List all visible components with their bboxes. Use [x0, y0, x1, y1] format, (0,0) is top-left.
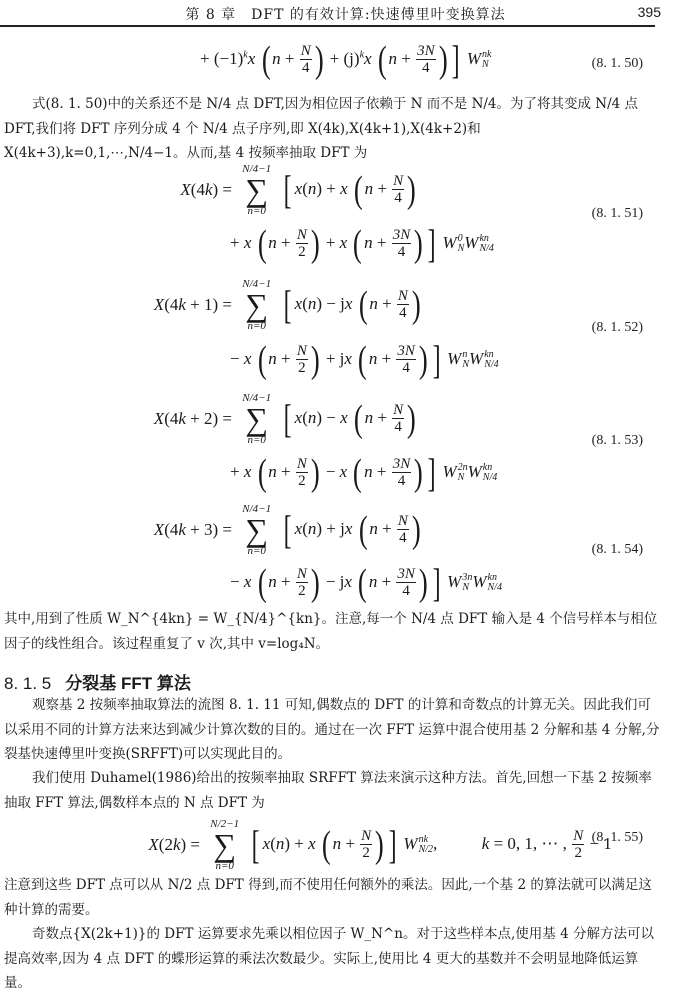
section-heading: 8. 1. 5分裂基 FFT 算法 — [4, 669, 191, 694]
paragraph-radix4-intro: 式(8. 1. 50)中的关系还不是 N/4 点 DFT,因为相位因子依赖于 N… — [4, 92, 664, 166]
equation-8-1-51-line1: X(4k) = N/4−1∑n=0 [x(n) + x (n + N4) — [160, 163, 418, 217]
section-number: 8. 1. 5 — [4, 674, 51, 693]
equation-number: (8. 1. 50) — [592, 56, 643, 72]
paragraph-odd-points: 奇数点{X(2k+1)}的 DFT 运算要求先乘以相位因子 W_N^n。对于这些… — [4, 922, 664, 993]
equation-number: (8. 1. 55) — [592, 830, 643, 846]
equation-8-1-52-line1: X(4k + 1) = N/4−1∑n=0 [x(n) − jx (n + N4… — [140, 278, 423, 332]
running-header: 第 8 章 DFT 的有效计算:快速傅里叶变换算法 395 — [0, 0, 691, 26]
page-number: 395 — [638, 4, 661, 20]
equation-8-1-53-line1: X(4k + 2) = N/4−1∑n=0 [x(n) − x (n + N4) — [140, 392, 418, 446]
paragraph-even-points: 注意到这些 DFT 点可以从 N/2 点 DFT 得到,而不使用任何额外的乘法。… — [4, 873, 664, 922]
chapter-title: 第 8 章 DFT 的有效计算:快速傅里叶变换算法 — [0, 4, 691, 24]
equation-8-1-55: X(2k) = N/2−1∑n=0 [x(n) + x (n + N2)] Wn… — [100, 818, 612, 872]
equation-8-1-51-line2: + x (n + N2) + x (n + 3N4)] W0NWknN/4 — [230, 224, 494, 264]
equation-8-1-52-line2: − x (n + N2) + jx (n + 3N4)] WnNWknN/4 — [230, 340, 499, 380]
header-rule — [0, 25, 655, 27]
paragraph-property-note: 其中,用到了性质 W_N^{4kn} = W_{N/4}^{kn}。注意,每一个… — [4, 607, 664, 656]
equation-number: (8. 1. 54) — [592, 542, 643, 558]
equation-8-1-54-line2: − x (n + N2) − jx (n + 3N4)] W3nNWknN/4 — [230, 563, 502, 603]
paragraph-srfft-intro: 观察基 2 按频率抽取算法的流图 8. 1. 11 可知,偶数点的 DFT 的计… — [4, 693, 664, 767]
equation-8-1-54-line1: X(4k + 3) = N/4−1∑n=0 [x(n) + jx (n + N4… — [140, 503, 423, 557]
equation-8-1-53-line2: + x (n + N2) − x (n + 3N4)] W2nNWknN/4 — [230, 453, 497, 493]
equation-number: (8. 1. 51) — [592, 206, 643, 222]
section-title: 分裂基 FFT 算法 — [65, 674, 191, 693]
paragraph-duhamel: 我们使用 Duhamel(1986)给出的按频率抽取 SRFFT 算法来演示这种… — [4, 766, 664, 815]
equation-number: (8. 1. 53) — [592, 433, 643, 449]
equation-number: (8. 1. 52) — [592, 320, 643, 336]
equation-8-1-50-tail: + (−1)kx (n + N4) + (j)kx (n + 3N4)] Wnk… — [200, 40, 491, 80]
